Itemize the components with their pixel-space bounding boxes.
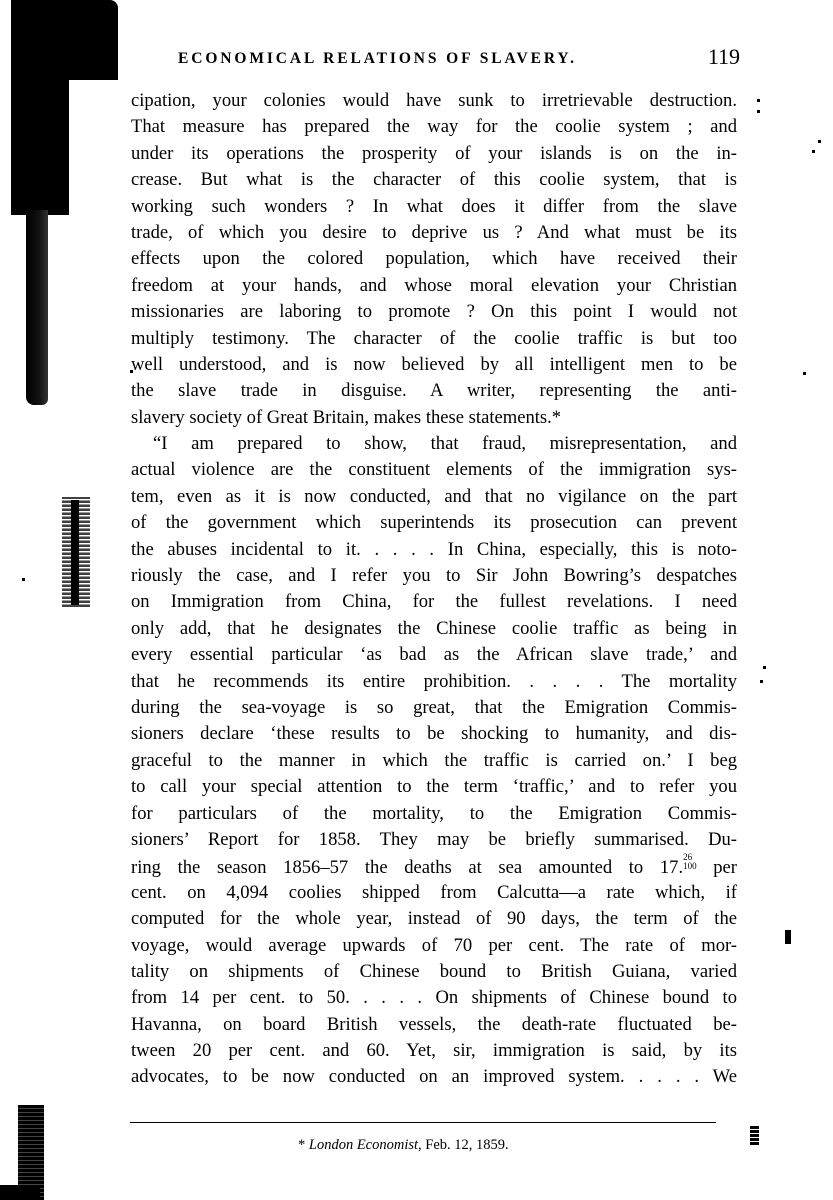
binding-shadow [26, 210, 48, 405]
running-head: ECONOMICAL RELATIONS OF SLAVERY. 119 [168, 44, 738, 74]
text-line: trade, of which you desire to deprive us… [131, 220, 737, 246]
text-line: well understood, and is now believed by … [131, 352, 737, 378]
scan-speckle [785, 930, 791, 944]
binding-shadow [11, 75, 69, 215]
scan-speckle [812, 150, 815, 153]
text-line: on Immigration from China, for the fulle… [131, 589, 737, 615]
footnote-source: London Economist, [309, 1137, 422, 1153]
text-line: computed for the whole year, instead of … [131, 906, 737, 932]
scan-speckle [750, 1125, 759, 1145]
text-line: riously the case, and I refer you to Sir… [131, 563, 737, 589]
page-number: 119 [708, 44, 740, 70]
text-line: that he recommends its entire prohibitio… [131, 669, 737, 695]
text-line: for particulars of the mortality, to the… [131, 801, 737, 827]
text-line: cent. on 4,094 coolies shipped from Calc… [131, 880, 737, 906]
scan-speckle [760, 680, 763, 683]
footnote-rule [130, 1122, 716, 1123]
scan-speckle [757, 110, 760, 113]
text-line: of the government which superintends its… [131, 510, 737, 536]
text-segment: ring the season 1856–57 the deaths at se… [131, 857, 683, 878]
text-line: cipation, your colonies would have sunk … [131, 88, 737, 114]
text-line: to call your special attention to the te… [131, 774, 737, 800]
scan-speckle [818, 140, 821, 143]
scan-speckle [803, 372, 806, 375]
text-line: under its operations the prosperity of y… [131, 141, 737, 167]
text-line: every essential particular ‘as bad as th… [131, 642, 737, 668]
text-line: “I am prepared to show, that fraud, misr… [131, 431, 737, 457]
text-line: sioners’ Report for 1858. They may be br… [131, 827, 737, 853]
scan-speckle [22, 578, 25, 581]
text-line: from 14 per cent. to 50. . . . . On ship… [131, 985, 737, 1011]
text-segment: per [697, 857, 737, 878]
footnote-marker: * [298, 1137, 305, 1153]
text-line: advocates, to be now conducted on an imp… [131, 1064, 737, 1090]
text-line: Havanna, on board British vessels, the d… [131, 1012, 737, 1038]
text-line: the slave trade in disguise. A writer, r… [131, 378, 737, 404]
text-line: freedom at your hands, and whose moral e… [131, 273, 737, 299]
text-line: That measure has prepared the way for th… [131, 114, 737, 140]
scan-speckle [71, 500, 79, 605]
text-line: actual violence are the constituent elem… [131, 457, 737, 483]
text-line: tem, even as it is now conducted, and th… [131, 484, 737, 510]
binding-shadow [11, 0, 118, 80]
scan-speckle [763, 666, 766, 669]
text-line: working such wonders ? In what does it d… [131, 194, 737, 220]
text-line: the abuses incidental to it. . . . . In … [131, 537, 737, 563]
text-line: tality on shipments of Chinese bound to … [131, 959, 737, 985]
text-line: only add, that he designates the Chinese… [131, 616, 737, 642]
footnote-date: Feb. 12, 1859. [425, 1137, 508, 1153]
text-line: multiply testimony. The character of the… [131, 326, 737, 352]
fraction-denominator: 100 [683, 862, 697, 871]
text-line: crease. But what is the character of thi… [131, 167, 737, 193]
text-line: during the sea-voyage is so great, that … [131, 695, 737, 721]
text-line: missionaries are laboring to promote ? O… [131, 299, 737, 325]
fraction: 26100 [683, 853, 697, 871]
text-line: tween 20 per cent. and 60. Yet, sir, imm… [131, 1038, 737, 1064]
footnote: * London Economist, Feb. 12, 1859. [298, 1137, 509, 1154]
text-line: effects upon the colored population, whi… [131, 246, 737, 272]
text-line: graceful to the manner in which the traf… [131, 748, 737, 774]
text-line: slavery society of Great Britain, makes … [131, 405, 737, 431]
body-text: cipation, your colonies would have sunk … [131, 88, 737, 1091]
scan-speckle [0, 1185, 40, 1200]
text-line: sioners declare ‘these results to be sho… [131, 721, 737, 747]
text-line: voyage, would average upwards of 70 per … [131, 933, 737, 959]
running-title: ECONOMICAL RELATIONS OF SLAVERY. [178, 50, 577, 68]
text-line-with-fraction: ring the season 1856–57 the deaths at se… [131, 853, 737, 879]
scan-speckle [757, 99, 760, 102]
